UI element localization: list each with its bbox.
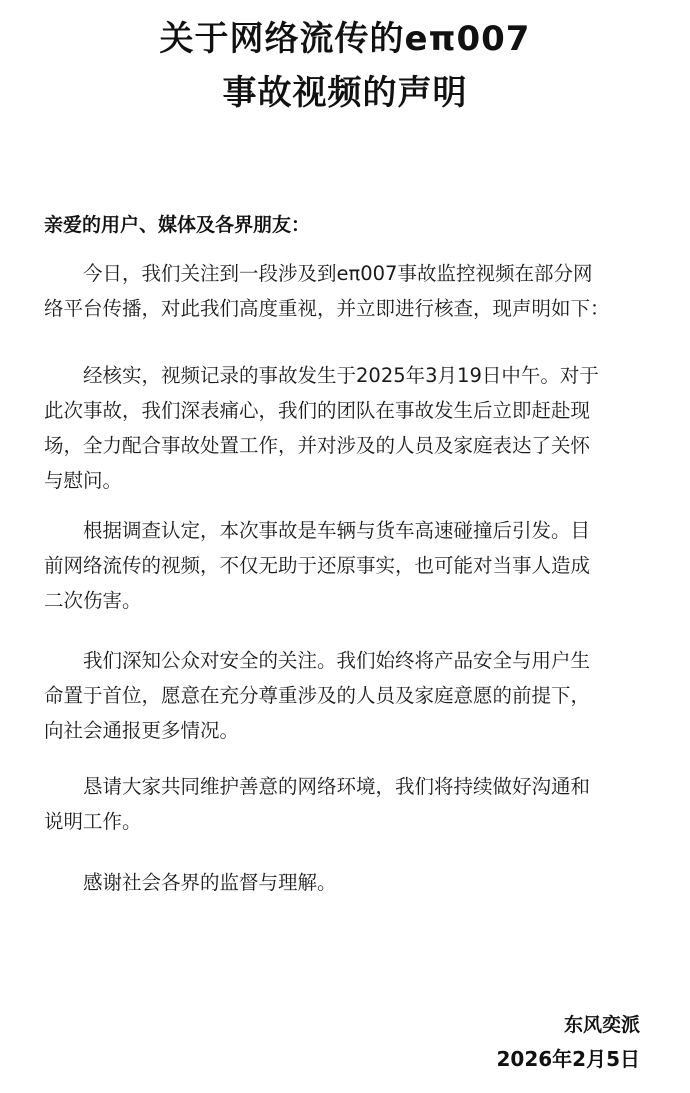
paragraph-line: 经核实，视频记录的事故发生于2025年3月19日中午。对于 <box>44 358 648 393</box>
paragraph-line: 前网络流传的视频，不仅无助于还原事实，也可能对当事人造成 <box>44 548 648 583</box>
paragraph-1: 今日，我们关注到一段涉及到eπ007事故监控视频在部分网 络平台传播，对此我们高… <box>44 256 648 326</box>
document-title: 关于网络流传的eπ007 事故视频的声明 <box>0 12 690 120</box>
paragraph-line: 根据调查认定，本次事故是车辆与货车高速碰撞后引发。目 <box>44 513 648 548</box>
paragraph-4: 我们深知公众对安全的关注。我们始终将产品安全与用户生 命置于首位，愿意在充分尊重… <box>44 643 648 748</box>
paragraph-line: 命置于首位，愿意在充分尊重涉及的人员及家庭意愿的前提下， <box>44 678 648 713</box>
paragraph-line: 与慰问。 <box>44 463 648 498</box>
paragraph-line: 二次伤害。 <box>44 583 648 618</box>
paragraph-line: 向社会通报更多情况。 <box>44 713 648 748</box>
signature-organization: 东风奕派 <box>564 1010 640 1037</box>
paragraph-line: 我们深知公众对安全的关注。我们始终将产品安全与用户生 <box>44 643 648 678</box>
title-line-1: 关于网络流传的eπ007 <box>0 12 690 66</box>
paragraph-6: 感谢社会各界的监督与理解。 <box>44 865 648 900</box>
paragraph-line: 恳请大家共同维护善意的网络环境，我们将持续做好沟通和 <box>44 769 648 804</box>
paragraph-line: 场，全力配合事故处置工作，并对涉及的人员及家庭表达了关怀 <box>44 428 648 463</box>
paragraph-line: 此次事故，我们深表痛心，我们的团队在事故发生后立即赶赴现 <box>44 393 648 428</box>
signature-date: 2026年2月5日 <box>497 1043 641 1072</box>
paragraph-2: 经核实，视频记录的事故发生于2025年3月19日中午。对于 此次事故，我们深表痛… <box>44 358 648 498</box>
paragraph-line: 今日，我们关注到一段涉及到eπ007事故监控视频在部分网 <box>44 256 648 291</box>
title-line-2: 事故视频的声明 <box>0 66 690 120</box>
paragraph-3: 根据调查认定，本次事故是车辆与货车高速碰撞后引发。目 前网络流传的视频，不仅无助… <box>44 513 648 618</box>
paragraph-5: 恳请大家共同维护善意的网络环境，我们将持续做好沟通和 说明工作。 <box>44 769 648 839</box>
paragraph-line: 络平台传播，对此我们高度重视，并立即进行核查，现声明如下： <box>44 291 648 326</box>
paragraph-line: 感谢社会各界的监督与理解。 <box>44 865 648 900</box>
salutation: 亲爱的用户、媒体及各界朋友： <box>44 210 310 240</box>
paragraph-line: 说明工作。 <box>44 804 648 839</box>
